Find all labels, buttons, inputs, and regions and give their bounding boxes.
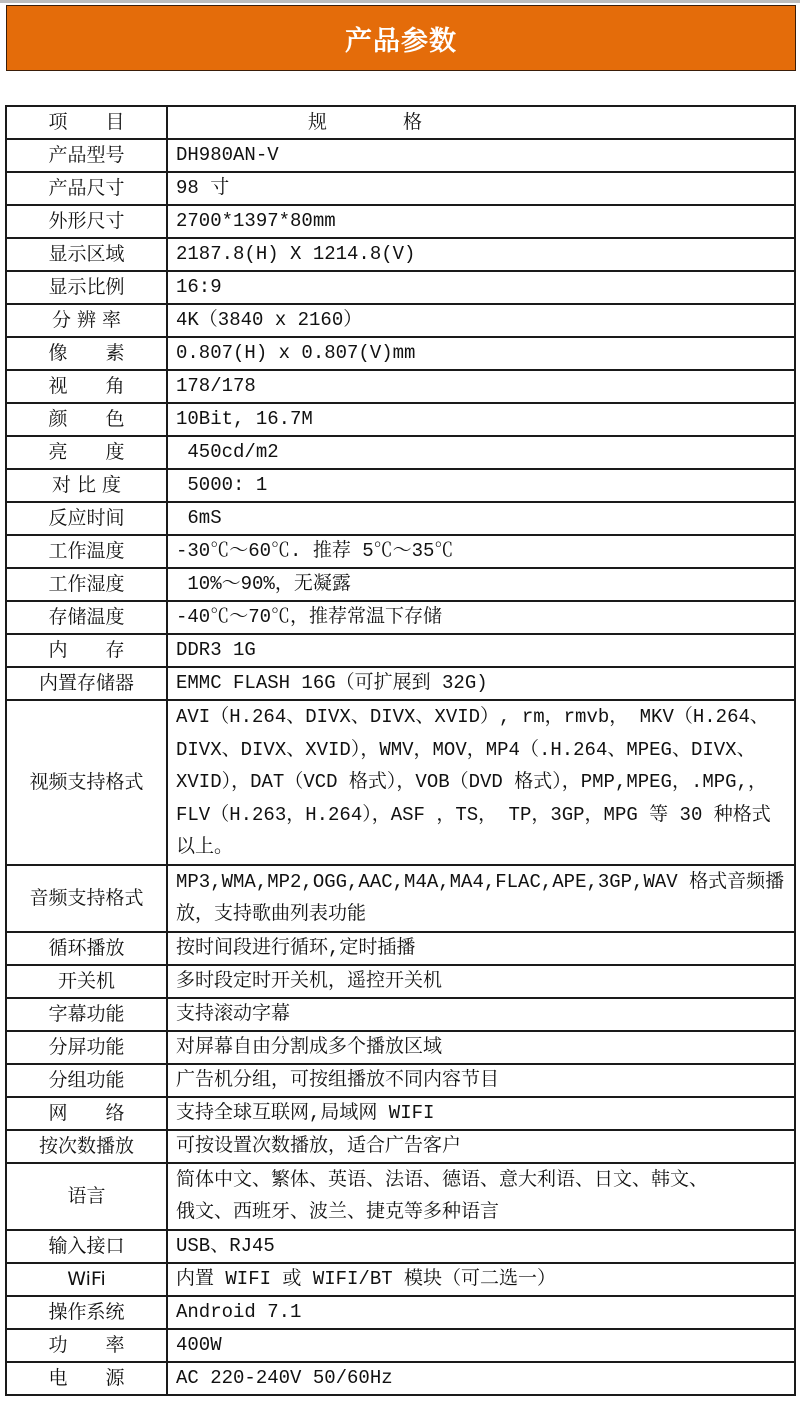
- table-row: 工作湿度 10%～90%，无凝露: [6, 568, 795, 601]
- value-line: XVID），DAT（VCD 格式），VOB（DVD 格式），PMP,MPEG，.…: [176, 766, 788, 799]
- row-value-multiline: MP3,WMA,MP2,OGG,AAC,M4A,MA4,FLAC,APE,3GP…: [167, 865, 795, 932]
- row-value: 0.807(H) x 0.807(V)mm: [167, 337, 795, 370]
- row-value: 5000: 1: [167, 469, 795, 502]
- row-value: USB、RJ45: [167, 1230, 795, 1263]
- row-value: Android 7.1: [167, 1296, 795, 1329]
- row-key: 分组功能: [6, 1064, 167, 1097]
- table-row: 内 存 DDR3 1G: [6, 634, 795, 667]
- row-value: 对屏幕自由分割成多个播放区域: [167, 1031, 795, 1064]
- row-key: 工作湿度: [6, 568, 167, 601]
- value-line: 俄文、西班牙、波兰、捷克等多种语言: [176, 1196, 788, 1229]
- table-row: 反应时间 6mS: [6, 502, 795, 535]
- row-key: 音频支持格式: [6, 865, 167, 932]
- row-key: 功 率: [6, 1329, 167, 1362]
- row-key: 输入接口: [6, 1230, 167, 1263]
- table-row: 分屏功能 对屏幕自由分割成多个播放区域: [6, 1031, 795, 1064]
- row-key: 分屏功能: [6, 1031, 167, 1064]
- row-key: 显示比例: [6, 271, 167, 304]
- table-row: 内置存储器 EMMC FLASH 16G（可扩展到 32G): [6, 667, 795, 700]
- row-key: 按次数播放: [6, 1130, 167, 1163]
- row-value-multiline: AVI（H.264、DIVX、DIVX、XVID）, rm，rmvb， MKV（…: [167, 700, 795, 865]
- table-row-audio-formats: 音频支持格式 MP3,WMA,MP2,OGG,AAC,M4A,MA4,FLAC,…: [6, 865, 795, 932]
- table-row: WiFi 内置 WIFI 或 WIFI/BT 模块（可二选一）: [6, 1263, 795, 1296]
- row-key: 外形尺寸: [6, 205, 167, 238]
- row-key: 网 络: [6, 1097, 167, 1130]
- row-value: 2187.8(H) X 1214.8(V): [167, 238, 795, 271]
- row-key: 反应时间: [6, 502, 167, 535]
- banner-title: 产品参数: [345, 19, 457, 58]
- value-line: 以上。: [176, 831, 788, 864]
- table-row-languages: 语言 简体中文、繁体、英语、法语、德语、意大利语、日文、韩文、 俄文、西班牙、波…: [6, 1163, 795, 1230]
- header-spec: 规 格: [167, 106, 795, 139]
- table-header-row: 项 目 规 格: [6, 106, 795, 139]
- row-key: 产品型号: [6, 139, 167, 172]
- table-row: 显示比例 16:9: [6, 271, 795, 304]
- row-value: 4K（3840 x 2160）: [167, 304, 795, 337]
- row-key: 像 素: [6, 337, 167, 370]
- row-key: 内 存: [6, 634, 167, 667]
- row-value: 支持全球互联网,局域网 WIFI: [167, 1097, 795, 1130]
- table-row: 像 素 0.807(H) x 0.807(V)mm: [6, 337, 795, 370]
- row-key: WiFi: [6, 1263, 167, 1296]
- row-value: 98 寸: [167, 172, 795, 205]
- top-border-line: [0, 0, 800, 3]
- table-row: 亮 度 450cd/m2: [6, 436, 795, 469]
- row-value: 10Bit, 16.7M: [167, 403, 795, 436]
- row-value: -30℃～60℃. 推荐 5℃～35℃: [167, 535, 795, 568]
- table-row: 分 辨 率 4K（3840 x 2160）: [6, 304, 795, 337]
- value-line: 放，支持歌曲列表功能: [176, 898, 788, 931]
- row-key: 语言: [6, 1163, 167, 1230]
- value-line: FLV（H.263，H.264），ASF ，TS， TP，3GP，MPG 等 3…: [176, 799, 788, 832]
- row-value: 支持滚动字幕: [167, 998, 795, 1031]
- value-line: AVI（H.264、DIVX、DIVX、XVID）, rm，rmvb， MKV（…: [176, 701, 788, 734]
- table-row: 显示区域 2187.8(H) X 1214.8(V): [6, 238, 795, 271]
- row-key: 显示区域: [6, 238, 167, 271]
- row-value: 16:9: [167, 271, 795, 304]
- row-value: 2700*1397*80mm: [167, 205, 795, 238]
- row-key: 开关机: [6, 965, 167, 998]
- row-value: 400W: [167, 1329, 795, 1362]
- row-key: 颜 色: [6, 403, 167, 436]
- row-key: 工作温度: [6, 535, 167, 568]
- value-line: 简体中文、繁体、英语、法语、德语、意大利语、日文、韩文、: [176, 1164, 788, 1197]
- row-key: 对 比 度: [6, 469, 167, 502]
- table-row: 输入接口 USB、RJ45: [6, 1230, 795, 1263]
- row-key: 电 源: [6, 1362, 167, 1395]
- table-row: 对 比 度 5000: 1: [6, 469, 795, 502]
- row-key: 循环播放: [6, 932, 167, 965]
- table-row: 字幕功能 支持滚动字幕: [6, 998, 795, 1031]
- table-row: 工作温度 -30℃～60℃. 推荐 5℃～35℃: [6, 535, 795, 568]
- row-key: 视频支持格式: [6, 700, 167, 865]
- row-key: 存储温度: [6, 601, 167, 634]
- row-key: 视 角: [6, 370, 167, 403]
- value-line: MP3,WMA,MP2,OGG,AAC,M4A,MA4,FLAC,APE,3GP…: [176, 866, 788, 899]
- row-value: 按时间段进行循环,定时插播: [167, 932, 795, 965]
- value-line: DIVX、DIVX、XVID），WMV，MOV，MP4（.H.264、MPEG、…: [176, 734, 788, 767]
- table-row: 颜 色 10Bit, 16.7M: [6, 403, 795, 436]
- row-value-multiline: 简体中文、繁体、英语、法语、德语、意大利语、日文、韩文、 俄文、西班牙、波兰、捷…: [167, 1163, 795, 1230]
- table-row: 电 源 AC 220-240V 50/60Hz: [6, 1362, 795, 1395]
- table-row: 外形尺寸 2700*1397*80mm: [6, 205, 795, 238]
- row-value: -40℃～70℃，推荐常温下存储: [167, 601, 795, 634]
- row-value: 450cd/m2: [167, 436, 795, 469]
- table-row: 产品型号 DH980AN-V: [6, 139, 795, 172]
- table-row: 视 角 178/178: [6, 370, 795, 403]
- row-key: 产品尺寸: [6, 172, 167, 205]
- table-row: 按次数播放 可按设置次数播放，适合广告客户: [6, 1130, 795, 1163]
- row-value: AC 220-240V 50/60Hz: [167, 1362, 795, 1395]
- row-key: 亮 度: [6, 436, 167, 469]
- row-value: EMMC FLASH 16G（可扩展到 32G): [167, 667, 795, 700]
- header-item: 项 目: [6, 106, 167, 139]
- section-banner: 产品参数: [6, 5, 796, 71]
- row-value: 多时段定时开关机，遥控开关机: [167, 965, 795, 998]
- row-value: 内置 WIFI 或 WIFI/BT 模块（可二选一）: [167, 1263, 795, 1296]
- table-row: 网 络 支持全球互联网,局域网 WIFI: [6, 1097, 795, 1130]
- table-row: 分组功能 广告机分组，可按组播放不同内容节目: [6, 1064, 795, 1097]
- row-key: 分 辨 率: [6, 304, 167, 337]
- row-value: 6mS: [167, 502, 795, 535]
- table-row-video-formats: 视频支持格式 AVI（H.264、DIVX、DIVX、XVID）, rm，rmv…: [6, 700, 795, 865]
- row-value: 178/178: [167, 370, 795, 403]
- row-key: 操作系统: [6, 1296, 167, 1329]
- row-value: 10%～90%，无凝露: [167, 568, 795, 601]
- row-key: 内置存储器: [6, 667, 167, 700]
- table-row: 功 率 400W: [6, 1329, 795, 1362]
- table-row: 循环播放 按时间段进行循环,定时插播: [6, 932, 795, 965]
- spec-table: 项 目 规 格 产品型号 DH980AN-V 产品尺寸 98 寸 外形尺寸 27…: [5, 105, 796, 1396]
- table-row: 操作系统 Android 7.1: [6, 1296, 795, 1329]
- row-key: 字幕功能: [6, 998, 167, 1031]
- table-row: 开关机 多时段定时开关机，遥控开关机: [6, 965, 795, 998]
- table-row: 存储温度 -40℃～70℃，推荐常温下存储: [6, 601, 795, 634]
- row-value: 广告机分组，可按组播放不同内容节目: [167, 1064, 795, 1097]
- row-value: DH980AN-V: [167, 139, 795, 172]
- row-value: DDR3 1G: [167, 634, 795, 667]
- row-value: 可按设置次数播放，适合广告客户: [167, 1130, 795, 1163]
- table-row: 产品尺寸 98 寸: [6, 172, 795, 205]
